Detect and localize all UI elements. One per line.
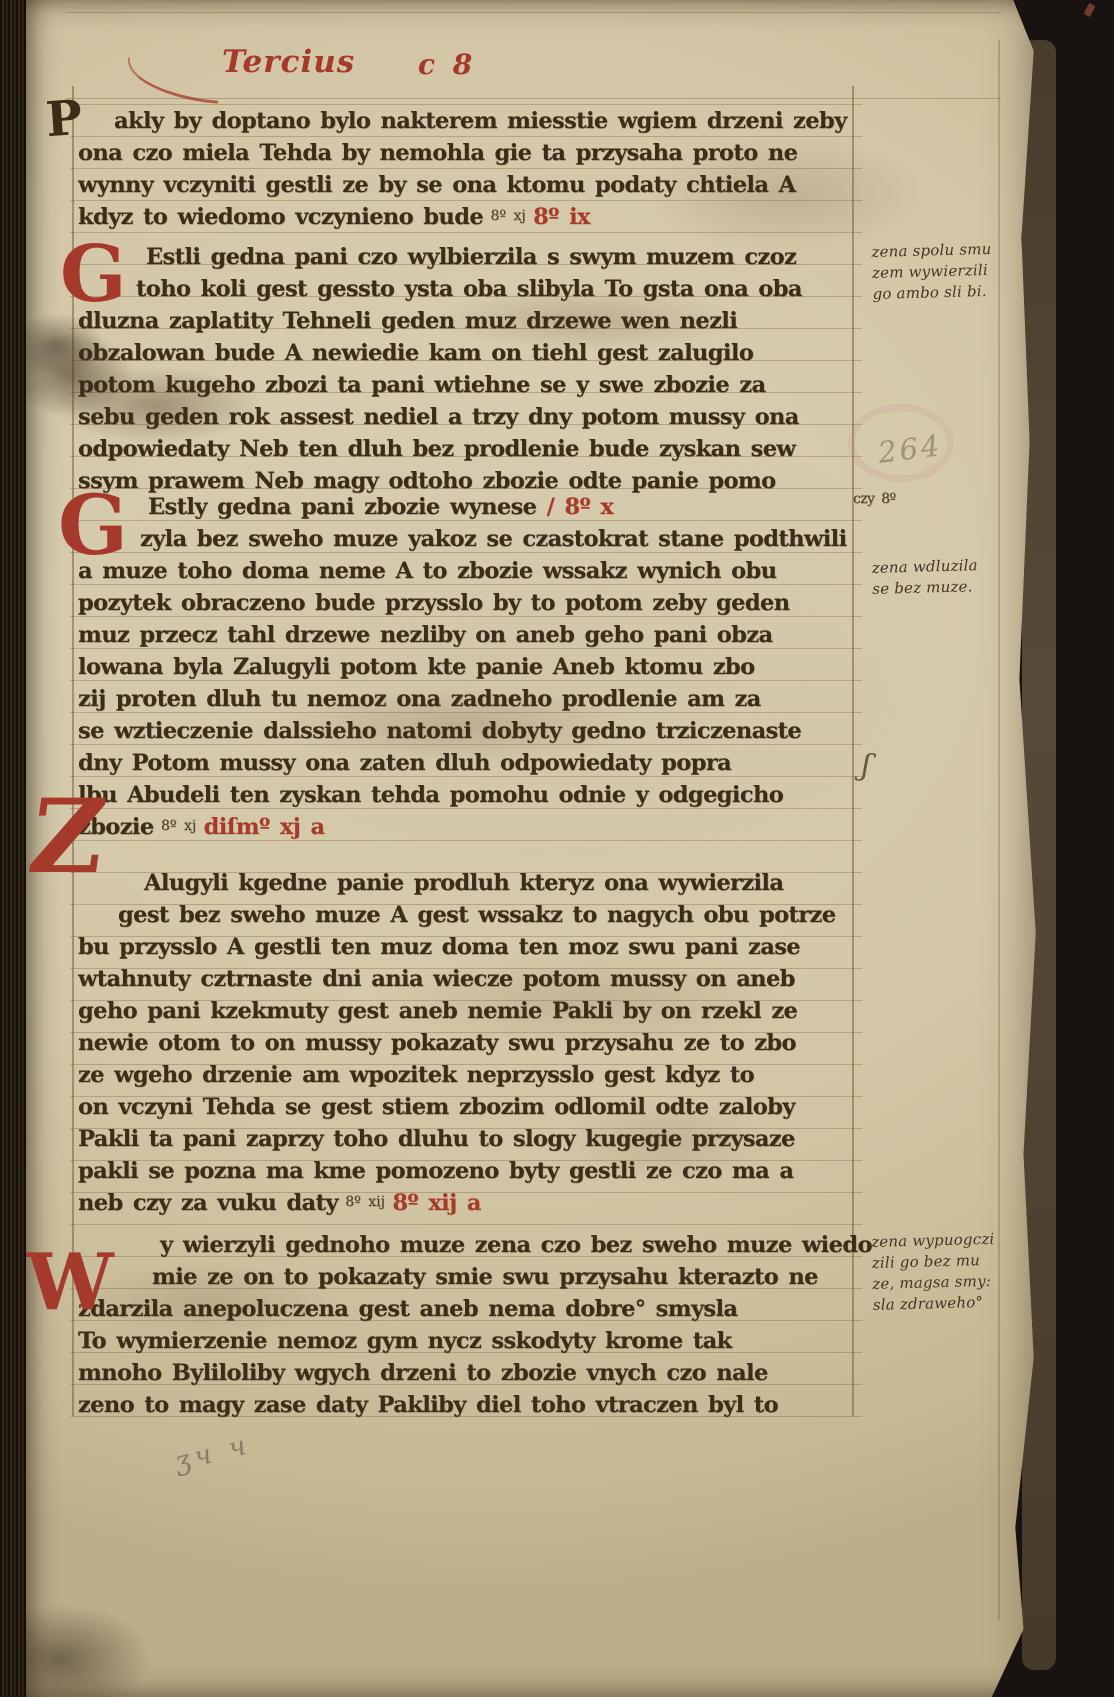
text-line: Estli gedna pani czo wylbierzila s swym … (146, 246, 796, 269)
book-gutter-edge (0, 0, 30, 1697)
text-line: bu przysslo A gestli ten muz doma ten mo… (78, 936, 800, 959)
text-line: obzalowan bude A newiedie kam on tiehl g… (78, 342, 753, 365)
text-segment: obzalowan bude A newiedie kam on tiehl g… (78, 340, 753, 366)
text-segment: Alugyli kgedne panie prodluh kteryz ona … (144, 870, 783, 896)
margin-note-line: sla zdraweho° (873, 1291, 1023, 1316)
text-segment: Pakli ta pani zaprzy toho dluhu to slogy… (78, 1126, 795, 1152)
text-segment: potom kugeho zbozi ta pani wtiehne se y … (78, 372, 765, 398)
text-segment: bu przysslo A gestli ten muz doma ten mo… (78, 934, 800, 960)
page: Tercius c 8 264 ʃ ʒч ч akly by doptano b… (26, 0, 1048, 1697)
text-segment: pakli se pozna ma kme pomozeno byty gest… (78, 1158, 793, 1184)
illuminated-initial: G (58, 490, 128, 564)
text-line: akly by doptano bylo nakterem miesstie w… (114, 110, 847, 133)
text-segment: on vczyni Tehda se gest stiem zbozim odl… (78, 1094, 795, 1120)
text-segment: 8º xj (154, 818, 204, 834)
text-segment: czy 8º (853, 492, 895, 506)
text-segment: dluzna zaplatity Tehneli geden muz drzew… (78, 308, 737, 334)
rubric: 8º xij a (392, 1190, 480, 1216)
text-line: lbu Abudeli ten zyskan tehda pomohu odni… (78, 784, 783, 807)
text-segment: lowana byla Zalugyli potom kte panie Ane… (78, 654, 755, 680)
text-segment: To wymierzenie nemoz gym nycz sskodyty k… (78, 1328, 732, 1354)
text-segment: ze wgeho drzenie am wpozitek neprzysslo … (78, 1062, 754, 1088)
text-segment: pozytek obraczeno bude przysslo by to po… (78, 590, 789, 616)
header-flourish (124, 57, 221, 104)
text-line: To wymierzenie nemoz gym nycz sskodyty k… (78, 1330, 732, 1353)
text-segment: sebu geden rok assest nediel a trzy dny … (78, 404, 799, 430)
top-ruling (66, 12, 1001, 13)
text-segment: ona czo miela Tehda by nemohla gie ta pr… (78, 140, 797, 166)
text-line: Pakli ta pani zaprzy toho dluhu to slogy… (78, 1128, 795, 1151)
text-line: mie ze on to pokazaty smie swu przysahu … (152, 1266, 818, 1289)
text-line: zdarzila anepoluczena gest aneb nema dob… (78, 1298, 737, 1321)
text-segment: ssym prawem Neb magy odtoho zbozie odte … (78, 468, 776, 494)
text-segment: 8º xj (483, 208, 533, 224)
margin-note: zena spolu smuzem wywierziligo ambo sli … (871, 238, 1023, 305)
text-segment: odpowiedaty Neb ten dluh bez prodlenie b… (78, 436, 795, 462)
text-segment: zdarzila anepoluczena gest aneb nema dob… (78, 1296, 737, 1322)
illuminated-initial: W (26, 1248, 108, 1318)
text-line: wynny vczyniti gestli ze by se ona ktomu… (78, 174, 795, 197)
text-line: zeno to magy zase daty Pakliby diel toho… (78, 1394, 778, 1417)
text-line: muz przecz tahl drzewe nezliby on aneb g… (78, 624, 772, 647)
text-line: dny Potom mussy ona zaten dluh odpowieda… (78, 752, 731, 775)
text-line: zyla bez sweho muze yakoz se czastokrat … (140, 528, 847, 551)
text-line: Alugyli kgedne panie prodluh kteryz ona … (144, 872, 783, 895)
text-segment: 8º xij (338, 1194, 393, 1210)
chapter-number: c 8 (418, 48, 476, 81)
text-segment: dny Potom mussy ona zaten dluh odpowieda… (78, 750, 731, 776)
text-line: gest bez sweho muze A gest wssakz to nag… (118, 904, 835, 927)
text-segment: se wztieczenie dalssieho natomi dobyty g… (78, 718, 801, 744)
margin-note: zena wdluzilase bez muze. (871, 554, 1022, 600)
text-segment: y wierzyli gednoho muze zena czo bez swe… (160, 1232, 872, 1258)
illuminated-initial: P (45, 97, 84, 143)
rubric: 8º ix (533, 204, 590, 230)
text-line: lowana byla Zalugyli potom kte panie Ane… (78, 656, 755, 679)
text-line: newie otom to on mussy pokazaty swu przy… (78, 1032, 796, 1055)
text-line: geho pani kzekmuty gest aneb nemie Pakli… (78, 1000, 797, 1023)
text-segment: toho koli gest gessto ysta oba slibyla T… (136, 276, 802, 302)
text-line: ssym prawem Neb magy odtoho zbozie odte … (78, 470, 776, 493)
text-segment: Estli gedna pani czo wylbierzila s swym … (146, 244, 796, 270)
text-segment: muz przecz tahl drzewe nezliby on aneb g… (78, 622, 772, 648)
text-segment: zij proten dluh tu nemoz ona zadneho pro… (78, 686, 761, 712)
text-segment: Estly gedna pani zbozie wynese (148, 494, 536, 520)
text-segment: kdyz to wiedomo vczynieno bude (78, 204, 483, 230)
text-line: se wztieczenie dalssieho natomi dobyty g… (78, 720, 801, 743)
red-edge-speck (1084, 3, 1096, 17)
text-line: odpowiedaty Neb ten dluh bez prodlenie b… (78, 438, 795, 461)
text-line: Estly gedna pani zbozie wynese / 8º xczy… (148, 496, 613, 519)
rubric: diſmº xj a (204, 814, 325, 840)
margin-note-line: go ambo sli bi. (872, 280, 1022, 305)
text-segment: mie ze on to pokazaty smie swu przysahu … (152, 1264, 818, 1290)
text-segment: wynny vczyniti gestli ze by se ona ktomu… (78, 172, 795, 198)
text-segment: geho pani kzekmuty gest aneb nemie Pakli… (78, 998, 797, 1024)
rubric: / 8º x (536, 494, 613, 520)
text-line: potom kugeho zbozi ta pani wtiehne se y … (78, 374, 765, 397)
pencil-annotation: ʒч ч (171, 1429, 254, 1478)
margin-note: zena wypuogczizili go bez muze, magsa sm… (871, 1228, 1023, 1316)
text-line: sebu geden rok assest nediel a trzy dny … (78, 406, 799, 429)
text-line: dluzna zaplatity Tehneli geden muz drzew… (78, 310, 737, 333)
illuminated-initial: Z (24, 792, 111, 884)
margin-note-line: se bez muze. (872, 575, 1022, 600)
text-segment: a muze toho doma neme A to zbozie wssakz… (78, 558, 776, 584)
text-line: kdyz to wiedomo vczynieno bude 8º xj 8º … (78, 206, 590, 229)
text-segment: newie otom to on mussy pokazaty swu przy… (78, 1030, 796, 1056)
right-bounding-rule (852, 86, 854, 1416)
text-line: neb czy za vuku daty 8º xij 8º xij a (78, 1192, 481, 1215)
text-line: zij proten dluh tu nemoz ona zadneho pro… (78, 688, 761, 711)
text-line: on vczyni Tehda se gest stiem zbozim odl… (78, 1096, 795, 1119)
text-segment: wtahnuty cztrnaste dni ania wiecze potom… (78, 966, 795, 992)
manuscript-photo: Tercius c 8 264 ʃ ʒч ч akly by doptano b… (0, 0, 1114, 1697)
text-segment: zeno to magy zase daty Pakliby diel toho… (78, 1392, 778, 1418)
text-line: pakli se pozna ma kme pomozeno byty gest… (78, 1160, 793, 1183)
text-segment: neb czy za vuku daty (78, 1190, 338, 1216)
running-title: Tercius (222, 44, 355, 80)
text-line: pozytek obraczeno bude przysslo by to po… (78, 592, 789, 615)
text-segment: mnoho Byliloliby wgych drzeni to zbozie … (78, 1360, 768, 1386)
text-line: toho koli gest gessto ysta oba slibyla T… (136, 278, 802, 301)
text-segment: lbu Abudeli ten zyskan tehda pomohu odni… (78, 782, 783, 808)
text-line: ona czo miela Tehda by nemohla gie ta pr… (78, 142, 797, 165)
text-line: ze wgeho drzenie am wpozitek neprzysslo … (78, 1064, 754, 1087)
text-line: y wierzyli gednoho muze zena czo bez swe… (160, 1234, 872, 1257)
text-segment: zyla bez sweho muze yakoz se czastokrat … (140, 526, 847, 552)
illuminated-initial: G (60, 240, 127, 310)
text-line: wtahnuty cztrnaste dni ania wiecze potom… (78, 968, 795, 991)
text-line: a muze toho doma neme A to zbozie wssakz… (78, 560, 776, 583)
text-line: mnoho Byliloliby wgych drzeni to zbozie … (78, 1362, 768, 1385)
text-segment: akly by doptano bylo nakterem miesstie w… (114, 108, 847, 134)
text-line: zbozie 8º xj diſmº xj a (78, 816, 324, 839)
text-segment: gest bez sweho muze A gest wssakz to nag… (118, 902, 835, 928)
